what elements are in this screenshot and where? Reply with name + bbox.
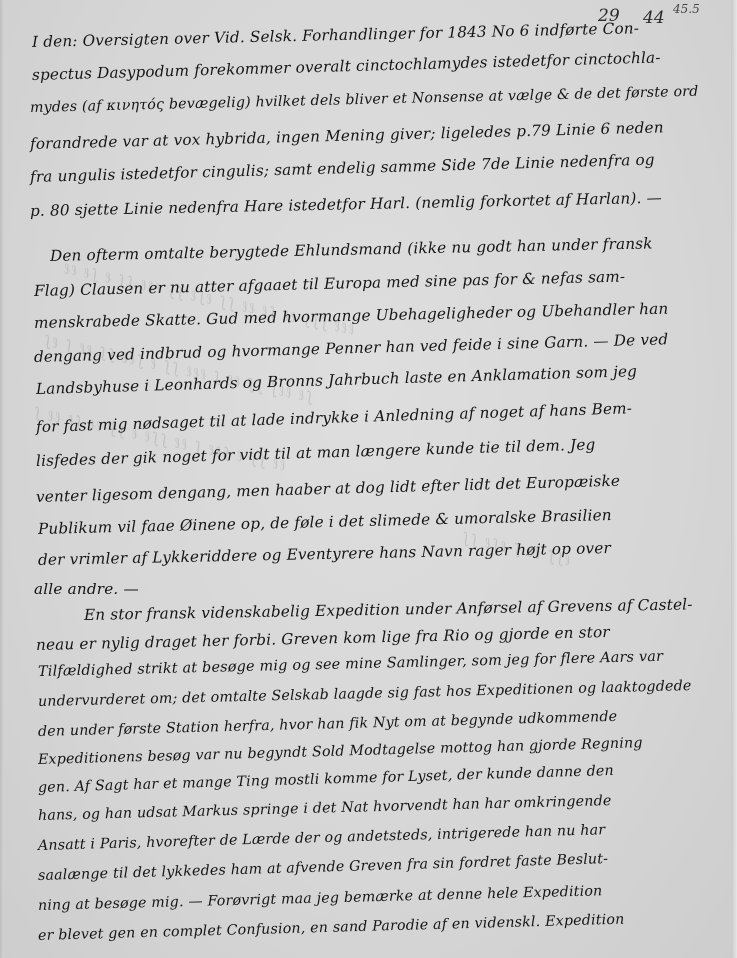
folio-number: 45.5 <box>673 2 700 16</box>
text-line: Ansatt i Paris, hvorefter de Lærde der o… <box>38 822 606 854</box>
folio-number: 44 <box>643 8 665 28</box>
text-line: fra ungulis istedetfor cingulis; samt en… <box>30 151 655 186</box>
page-edge-right <box>731 0 737 958</box>
text-line: Publikum vil faae Øinene op, de føle i d… <box>38 506 612 538</box>
text-line: p. 80 sjette Linie nedenfra Hare istedet… <box>30 189 662 220</box>
text-line: Den ofterm omtalte berygtede Ehlundsmand… <box>50 234 653 265</box>
text-line: spectus Dasypodum forekommer overalt cin… <box>32 48 661 84</box>
text-line: der vrimler af Lykkeriddere og Eventyrer… <box>38 539 611 569</box>
text-line: Expeditionens besøg var nu begyndt Sold … <box>38 735 643 768</box>
page-edge-left <box>0 0 4 958</box>
text-line: venter ligesom dengang, men haaber at do… <box>36 472 621 506</box>
text-line: ning at besøge mig. — Forøvrigt maa jeg … <box>38 883 603 914</box>
text-line: saalænge til det lykkedes ham at afvende… <box>38 851 609 884</box>
text-line: I den: Oversigten over Vid. Selsk. Forha… <box>32 19 640 51</box>
text-line: alle andre. — <box>34 580 139 598</box>
text-line: Tilfældighed strikt at besøge mig og see… <box>38 649 664 680</box>
text-line: hans, og han udsat Markus springe i det … <box>38 793 612 824</box>
text-line: den under første Station herfra, hvor ha… <box>38 709 618 740</box>
text-line: gen. Af Sagt har et mange Ting mostli ko… <box>38 763 614 796</box>
text-line: undervurderet om; det omtalte Selskab la… <box>38 678 692 710</box>
text-line: er blevet gen en complet Confusion, en s… <box>38 912 625 944</box>
text-line: for fast mig nødsaget til at lade indryk… <box>36 399 633 436</box>
text-line: En stor fransk videnskabelig Expedition … <box>84 595 693 624</box>
manuscript-page: ℓℓℓ ∫∫∫ ℓℓ ∫ℓ ℓℓ ∫∫ ℓ∫ℓ ∫∫ ℓℓℓ ∫∫ ℓ ∫ℓ ℓ… <box>0 0 737 958</box>
text-line: mydes (af κινητός bevægelig) hvilket del… <box>30 84 699 116</box>
text-line: forandrede var at vox hybrida, ingen Men… <box>30 118 664 153</box>
text-line: neau er nylig draget her forbi. Greven k… <box>36 623 610 654</box>
